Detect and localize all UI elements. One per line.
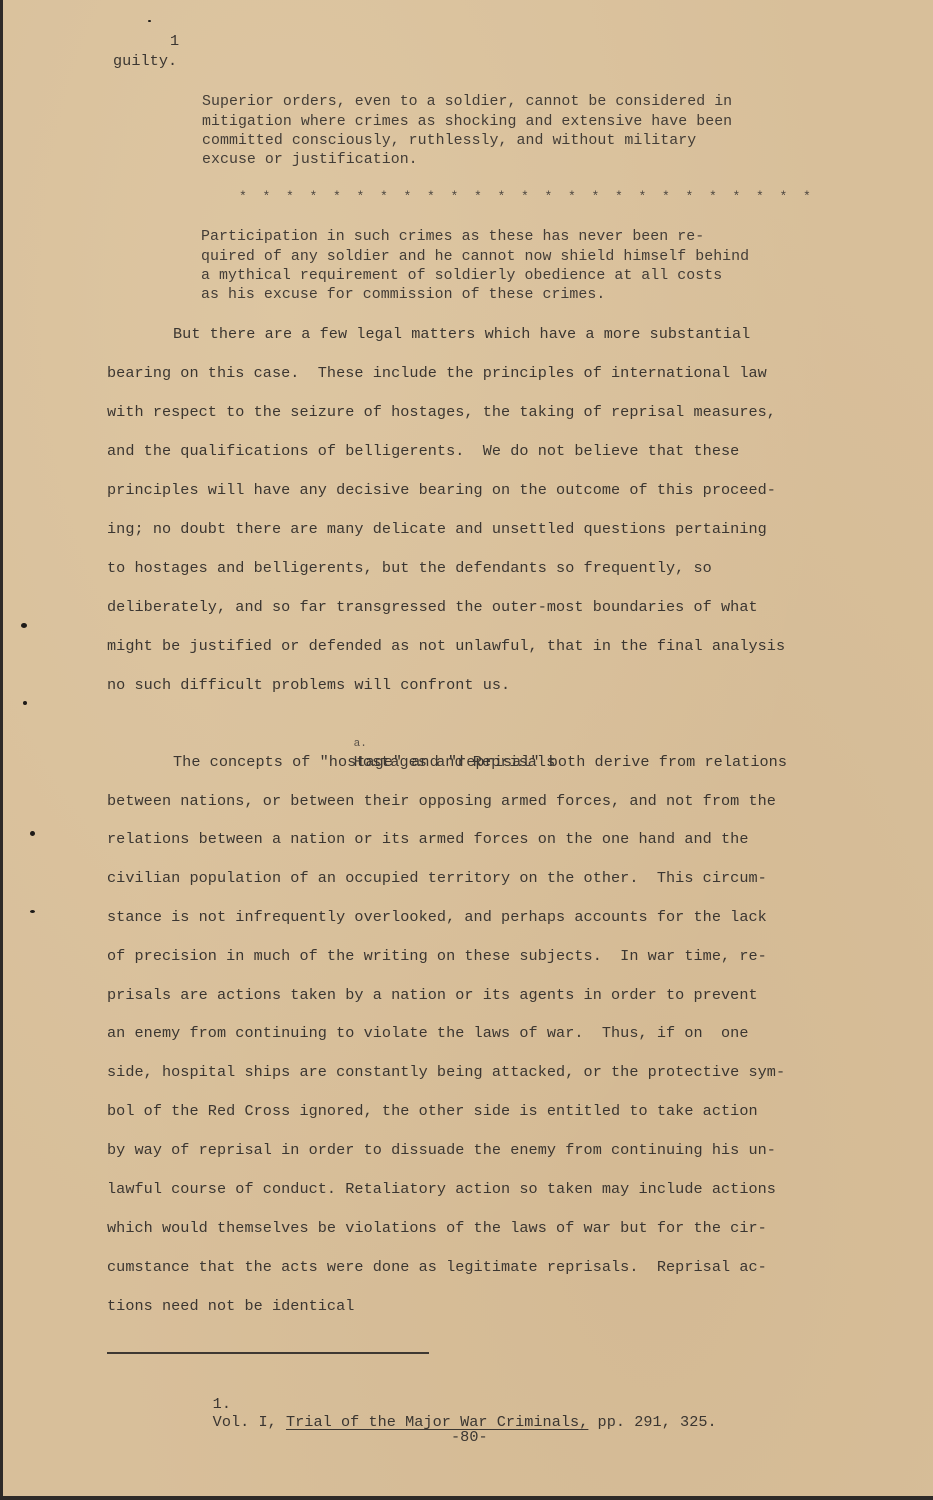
body-line: ing; no doubt there are many delicate an… — [107, 520, 767, 538]
body-line: between nations, or between their opposi… — [107, 792, 776, 810]
body-line: cumstance that the acts were done as leg… — [107, 1258, 767, 1276]
body-line: deliberately, and so far transgressed th… — [107, 598, 758, 616]
body-line: by way of reprisal in order to dissuade … — [107, 1141, 776, 1159]
body-line: principles will have any decisive bearin… — [107, 481, 776, 499]
body-line: side, hospital ships are constantly bein… — [107, 1063, 785, 1081]
quote-2-line: quired of any soldier and he cannot now … — [201, 248, 749, 266]
body-line: stance is not infrequently overlooked, a… — [107, 908, 767, 926]
margin-speck — [30, 831, 35, 836]
margin-speck — [148, 20, 151, 22]
body-line: lawful course of conduct. Retaliatory ac… — [107, 1180, 776, 1198]
quote-1-line: Superior orders, even to a soldier, cann… — [202, 93, 732, 111]
quote-1-line: committed consciously, ruthlessly, and w… — [202, 132, 696, 150]
footnote-suffix: pp. 291, 325. — [588, 1413, 716, 1431]
quote-2-line: Participation in such crimes as these ha… — [201, 228, 704, 246]
footnote-marker: 1 — [170, 32, 179, 50]
margin-speck — [30, 910, 35, 913]
footnote: 1. Vol. I, Trial of the Major War Crimin… — [176, 1377, 717, 1449]
margin-speck — [21, 623, 27, 628]
margin-speck — [23, 701, 27, 705]
document-page: 1 guilty. Superior orders, even to a sol… — [3, 0, 933, 1496]
body-line: bearing on this case. These include the … — [107, 364, 767, 382]
body-line: which would themselves be violations of … — [107, 1219, 767, 1237]
star-separator: * * * * * * * * * * * * * * * * * * * * … — [239, 188, 815, 206]
body-line: might be justified or defended as not un… — [107, 637, 785, 655]
body-line: prisals are actions taken by a nation or… — [107, 986, 758, 1004]
body-line: no such difficult problems will confront… — [107, 676, 510, 694]
section-heading: a. Hostages and Reprisals — [317, 715, 555, 789]
body-line: with respect to the seizure of hostages,… — [107, 403, 776, 421]
quote-2-line: as his excuse for commission of these cr… — [201, 286, 605, 304]
footnote-prefix: Vol. I, — [213, 1413, 286, 1431]
section-letter: a. — [354, 738, 367, 750]
footnote-rule — [107, 1352, 429, 1354]
body-line: an enemy from continuing to violate the … — [107, 1024, 748, 1042]
body-line: civilian population of an occupied terri… — [107, 869, 767, 887]
body-line: The concepts of "hostage" and "reprisal"… — [173, 753, 787, 771]
footnote-number: 1. — [213, 1395, 231, 1413]
body-line: But there are a few legal matters which … — [173, 325, 750, 343]
body-line: bol of the Red Cross ignored, the other … — [107, 1102, 758, 1120]
body-line: of precision in much of the writing on t… — [107, 947, 767, 965]
quote-1-line: mitigation where crimes as shocking and … — [202, 113, 732, 131]
quote-1-line: excuse or justification. — [202, 151, 418, 169]
quote-2-line: a mythical requirement of soldierly obed… — [201, 267, 722, 285]
carryover-text: guilty. — [113, 52, 177, 70]
body-line: tions need not be identical — [107, 1297, 354, 1315]
body-line: relations between a nation or its armed … — [107, 830, 748, 848]
page-number: -80- — [451, 1428, 488, 1446]
footnote-title: Trial of the Major War Criminals, — [286, 1413, 588, 1431]
body-line: and the qualifications of belligerents. … — [107, 442, 739, 460]
body-line: to hostages and belligerents, but the de… — [107, 559, 712, 577]
